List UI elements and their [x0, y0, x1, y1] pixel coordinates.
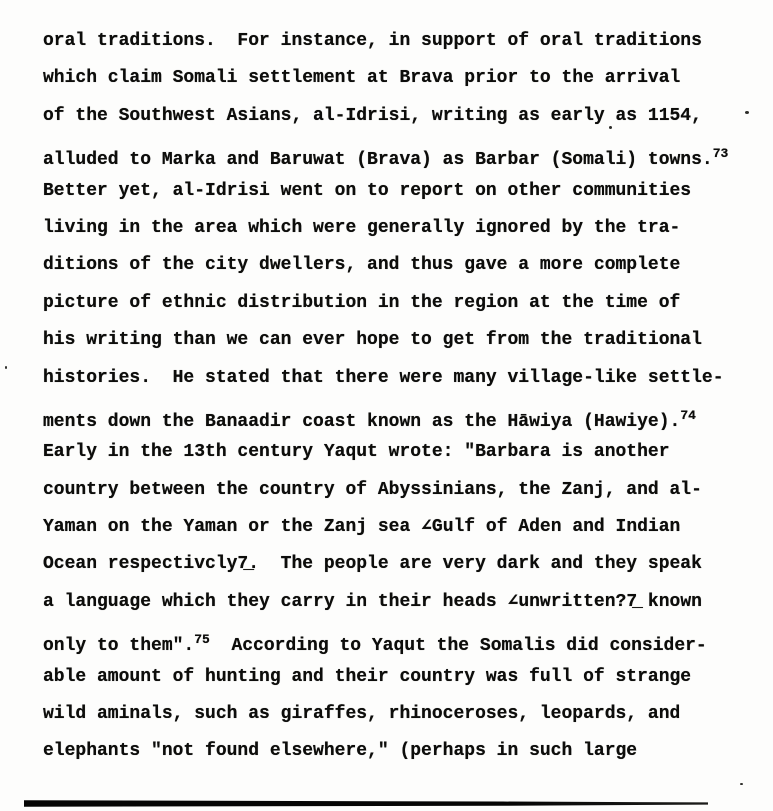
line-text: oral traditions. For instance, in suppor… [43, 31, 702, 51]
footnote-ref-74: 74 [680, 408, 696, 423]
line-text: Yaman on the Yaman or the Zanj sea ∠Gulf… [43, 517, 680, 537]
line-text: a language which they carry in their hea… [43, 592, 702, 612]
text-line: Early in the 13th century Yaqut wrote: "… [43, 434, 767, 471]
page: oral traditions. For instance, in suppor… [0, 0, 773, 811]
text-line: picture of ethnic distribution in the re… [43, 285, 767, 322]
text-line: country between the country of Abyssinia… [43, 472, 767, 509]
text-line: which claim Somali settlement at Brava p… [43, 60, 767, 97]
text-line: only to them".75 According to Yaqut the … [43, 621, 767, 658]
text-line: a language which they carry in their hea… [43, 584, 767, 621]
line-text: country between the country of Abyssinia… [43, 480, 702, 500]
text-line: able amount of hunting and their country… [43, 659, 767, 696]
line-text: According to Yaqut the Somalis did consi… [210, 636, 707, 656]
line-text: wild aminals, such as giraffes, rhinocer… [43, 704, 680, 724]
footnote-rule [24, 800, 708, 807]
text-line: Ocean respectivcly7̲. The people are ver… [43, 546, 767, 583]
scan-speckle [740, 783, 743, 785]
text-line: elephants "not found elsewhere," (perhap… [43, 733, 767, 770]
line-text: ditions of the city dwellers, and thus g… [43, 255, 680, 275]
line-text: ments down the Banaadir coast known as t… [43, 412, 680, 432]
line-text: Ocean respectivcly7̲. The people are ver… [43, 554, 702, 574]
line-text: picture of ethnic distribution in the re… [43, 293, 680, 313]
line-text: elephants "not found elsewhere," (perhap… [43, 741, 637, 761]
text-line: histories. He stated that there were man… [43, 360, 767, 397]
line-text: alluded to Marka and Baruwat (Brava) as … [43, 150, 713, 170]
text-line: Better yet, al-Idrisi went on to report … [43, 173, 767, 210]
paragraph: oral traditions. For instance, in suppor… [43, 23, 767, 771]
text-line: of the Southwest Asians, al-Idrisi, writ… [43, 98, 767, 135]
text-line: living in the area which were generally … [43, 210, 767, 247]
line-text: only to them". [43, 636, 194, 656]
line-text: Early in the 13th century Yaqut wrote: "… [43, 442, 670, 462]
scan-speckle [5, 366, 7, 369]
line-text: able amount of hunting and their country… [43, 667, 691, 687]
text-line: wild aminals, such as giraffes, rhinocer… [43, 696, 767, 733]
line-text: which claim Somali settlement at Brava p… [43, 68, 680, 88]
scan-speckle [609, 126, 612, 129]
line-text: histories. He stated that there were man… [43, 368, 724, 388]
line-text: of the Southwest Asians, al-Idrisi, writ… [43, 106, 702, 126]
text-line: ditions of the city dwellers, and thus g… [43, 247, 767, 284]
line-text: living in the area which were generally … [43, 218, 680, 238]
footnote-ref-73: 73 [713, 146, 729, 161]
text-line: oral traditions. For instance, in suppor… [43, 23, 767, 60]
line-text: his writing than we can ever hope to get… [43, 330, 702, 350]
text-line: his writing than we can ever hope to get… [43, 322, 767, 359]
text-line: alluded to Marka and Baruwat (Brava) as … [43, 135, 767, 172]
text-line: Yaman on the Yaman or the Zanj sea ∠Gulf… [43, 509, 767, 546]
footnote-ref-75: 75 [194, 632, 210, 647]
scan-speckle [745, 111, 749, 114]
text-line: ments down the Banaadir coast known as t… [43, 397, 767, 434]
line-text: Better yet, al-Idrisi went on to report … [43, 181, 691, 201]
